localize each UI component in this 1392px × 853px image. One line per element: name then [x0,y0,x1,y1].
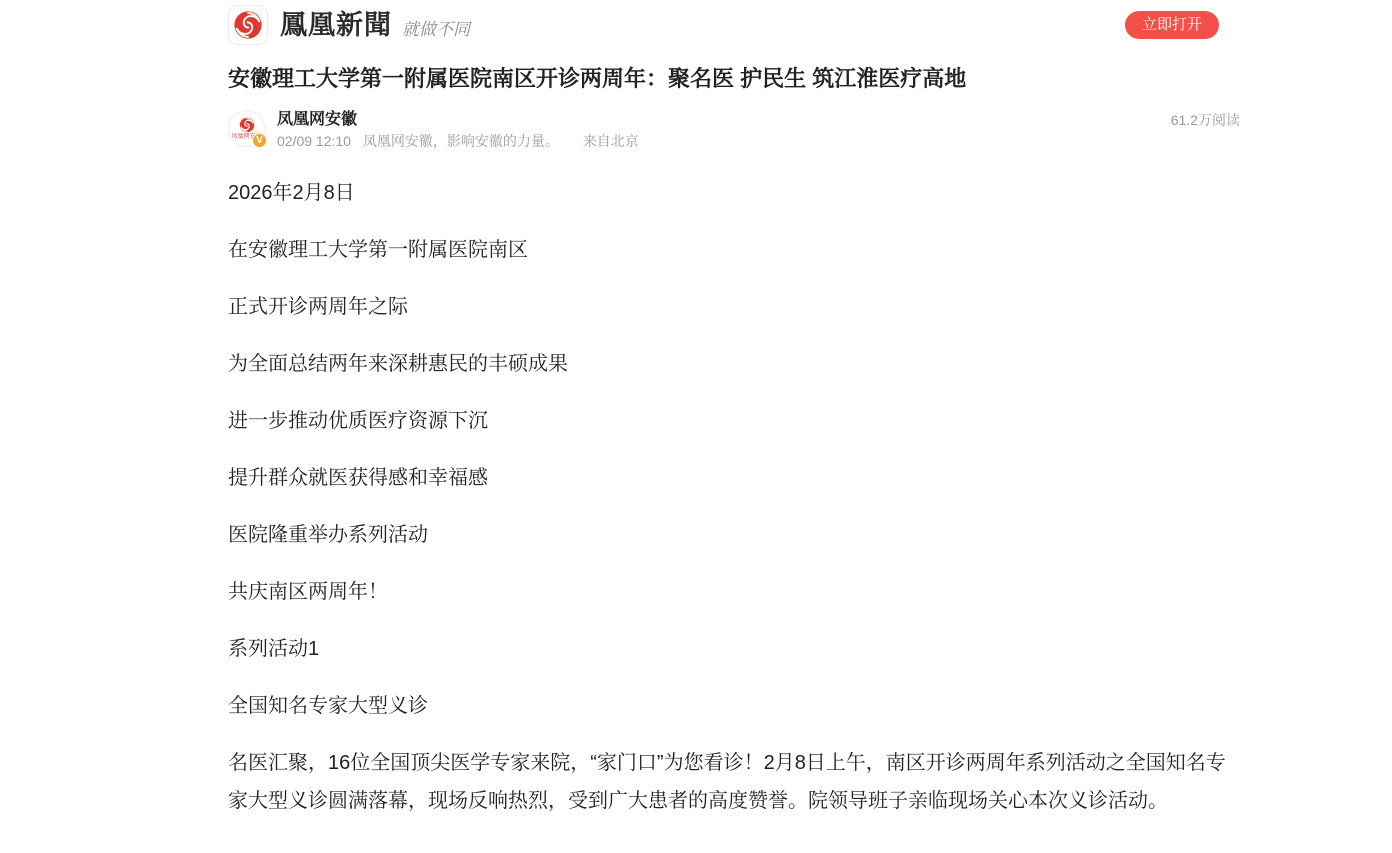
publish-location: 来自北京 [583,133,639,149]
page: 鳳凰新聞 就做不同 立即打开 安徽理工大学第一附属医院南区开诊两周年：聚名医 护… [0,0,1392,853]
article-paragraph: 医院隆重举办系列活动 [228,516,1240,554]
author-name[interactable]: 凤凰网安徽 [277,110,639,130]
author-description: 凤凰网安徽，影响安徽的力量。 [363,133,559,149]
phoenix-logo-icon [228,5,268,45]
avatar-phoenix-icon [238,116,256,134]
article-paragraph: 在安徽理工大学第一附属医院南区 [228,231,1240,269]
brand-tagline: 就做不同 [402,15,470,40]
article-paragraph: 2026年2月8日 [228,174,1240,212]
article-paragraph: 共庆南区两周年！ [228,573,1240,611]
app-header: 鳳凰新聞 就做不同 立即打开 [228,0,1240,45]
author-row: 凤凰网安徽 V 凤凰网安徽 02/09 12:10 凤凰网安徽，影响安徽的力量。… [228,110,1240,150]
article-paragraph: 全国知名专家大型义诊 [228,687,1240,725]
publish-time: 02/09 12:10 [277,133,351,149]
verified-badge-icon: V [252,133,267,148]
content-column: 鳳凰新聞 就做不同 立即打开 安徽理工大学第一附属医院南区开诊两周年：聚名医 护… [228,0,1240,839]
read-count: 61.2万阅读 [1171,110,1240,129]
author-meta: 02/09 12:10 凤凰网安徽，影响安徽的力量。 来自北京 [277,133,639,150]
article-paragraph: 为全面总结两年来深耕惠民的丰硕成果 [228,345,1240,383]
article-paragraph: 系列活动1 [228,630,1240,668]
article-paragraph: 进一步推动优质医疗资源下沉 [228,402,1240,440]
phoenix-swirl-icon [231,8,265,42]
article-body: 2026年2月8日 在安徽理工大学第一附属医院南区 正式开诊两周年之际 为全面总… [228,174,1240,820]
article-title: 安徽理工大学第一附属医院南区开诊两周年：聚名医 护民生 筑江淮医疗高地 [228,64,1240,93]
article-paragraph: 正式开诊两周年之际 [228,288,1240,326]
author-texts: 凤凰网安徽 02/09 12:10 凤凰网安徽，影响安徽的力量。 来自北京 [277,110,639,150]
article-paragraph: 提升群众就医获得感和幸福感 [228,459,1240,497]
article-paragraph: 名医汇聚，16位全国顶尖医学专家来院，“家门口”为您看诊！2月8日上午，南区开诊… [228,744,1240,820]
author-avatar[interactable]: 凤凰网安徽 V [228,110,265,147]
brand[interactable]: 鳳凰新聞 就做不同 [228,5,470,45]
open-app-button[interactable]: 立即打开 [1125,11,1219,39]
brand-wordmark: 鳳凰新聞 [280,5,392,45]
